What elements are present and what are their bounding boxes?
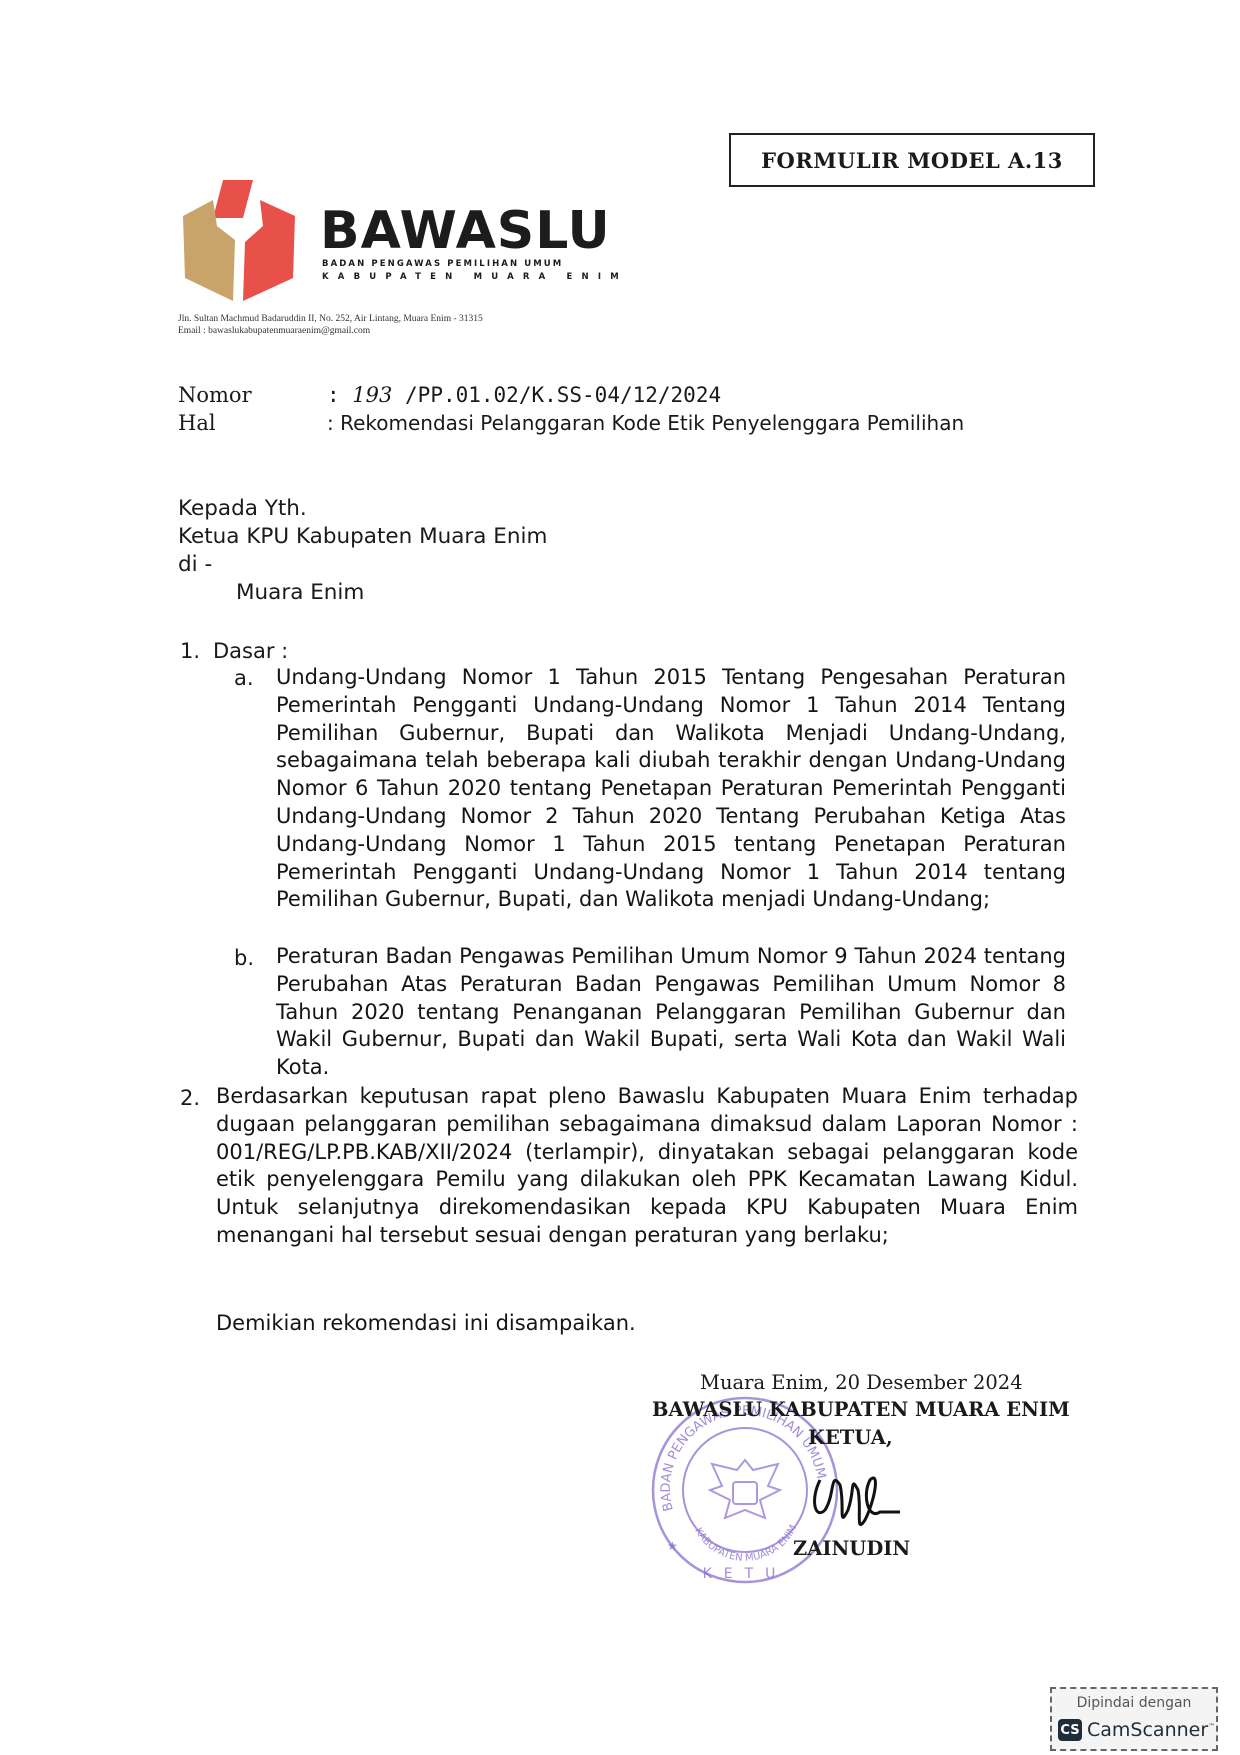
- handwritten-signature-icon: [800, 1450, 910, 1550]
- svg-text:★: ★: [667, 1539, 678, 1553]
- addressee-greeting: Kepada Yth.: [178, 496, 307, 521]
- point-1b-text: Peraturan Badan Pengawas Pemilihan Umum …: [276, 943, 1066, 1082]
- addressee-recipient: Ketua KPU Kabupaten Muara Enim: [178, 524, 547, 549]
- letterhead-address: Jln. Sultan Machmud Badaruddin II, No. 2…: [178, 314, 483, 324]
- nomor-colon: :: [327, 383, 352, 407]
- camscanner-logo-icon: CS: [1058, 1719, 1082, 1741]
- point-1-number: 1.: [180, 639, 200, 663]
- point-1b-letter: b.: [234, 946, 254, 970]
- nomor-code: /PP.01.02/K.SS-04/12/2024: [392, 383, 721, 407]
- point-1a-letter: a.: [234, 666, 254, 690]
- letterhead-email: Email : bawaslukabupatenmuaraenim@gmail.…: [178, 326, 370, 336]
- point-1-title: Dasar :: [213, 639, 288, 663]
- trademark-symbol: ™: [1208, 1723, 1215, 1731]
- signature-position: KETUA,: [808, 1426, 893, 1449]
- form-model-text: FORMULIR MODEL A.13: [761, 148, 1063, 173]
- camscanner-badge: Dipindai dengan CS CamScanner™: [1050, 1687, 1218, 1751]
- point-2-number: 2.: [180, 1086, 200, 1110]
- hal-label: Hal: [178, 411, 216, 435]
- addressee-city: Muara Enim: [236, 580, 364, 605]
- brand-subtitle-2: KABUPATEN MUARA ENIM: [322, 272, 628, 282]
- signatory-name: ZAINUDIN: [793, 1537, 910, 1560]
- point-1a-text: Undang-Undang Nomor 1 Tahun 2015 Tentang…: [276, 664, 1066, 914]
- brand-subtitle-1: BADAN PENGAWAS PEMILIHAN UMUM: [322, 259, 563, 269]
- closing-statement: Demikian rekomendasi ini disampaikan.: [216, 1310, 636, 1338]
- point-2-text: Berdasarkan keputusan rapat pleno Bawasl…: [216, 1083, 1078, 1250]
- camscanner-app-name: CamScanner: [1087, 1719, 1208, 1741]
- svg-text:KETU: KETU: [703, 1566, 788, 1582]
- svg-text:KABUPATEN MUARA ENIM: KABUPATEN MUARA ENIM: [692, 1523, 799, 1564]
- signature-place-date: Muara Enim, 20 Desember 2024: [700, 1371, 1023, 1394]
- addressee-di: di -: [178, 552, 212, 577]
- camscanner-name: CamScanner™: [1087, 1719, 1215, 1741]
- hal-value: : Rekomendasi Pelanggaran Kode Etik Peny…: [327, 411, 964, 435]
- nomor-value: : 193 /PP.01.02/K.SS-04/12/2024: [327, 383, 721, 407]
- nomor-label: Nomor: [178, 383, 252, 407]
- signature-institution: BAWASLU KABUPATEN MUARA ENIM: [652, 1398, 1070, 1421]
- nomor-handwritten-number: 193: [352, 383, 392, 407]
- brand-name: BAWASLU: [320, 205, 611, 257]
- bawaslu-logo-icon: [175, 178, 300, 303]
- form-model-label: FORMULIR MODEL A.13: [729, 133, 1095, 187]
- scanned-with-label: Dipindai dengan: [1052, 1695, 1216, 1711]
